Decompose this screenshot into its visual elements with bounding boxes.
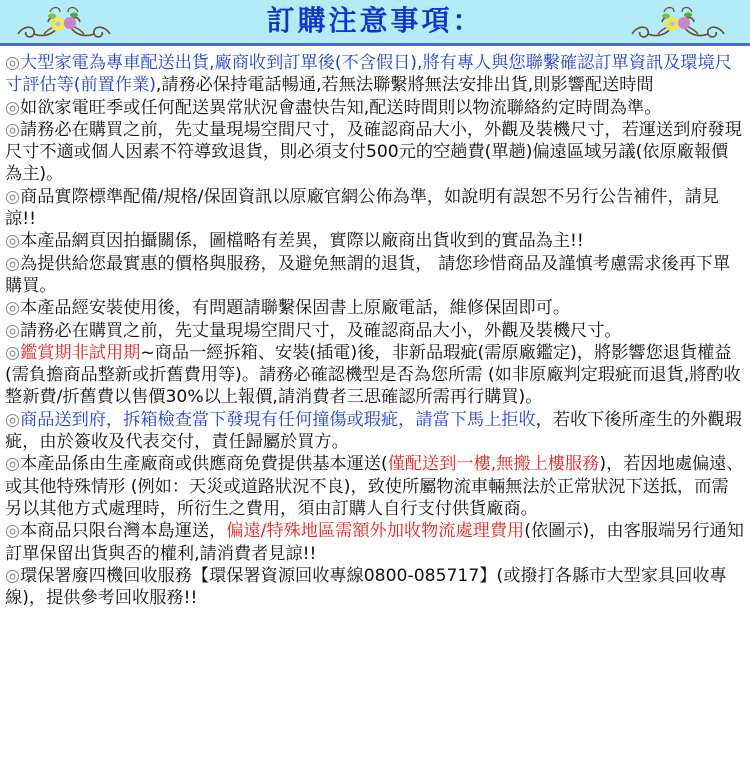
notice-text: 環保署廢四機回收服務【環保署資源回收專線0800-085717】(或撥打各縣市大… <box>5 566 727 608</box>
notice-text: 為提供給您最實惠的價格與服務，及避免無謂的退貨， 請您珍惜商品及謹慎考慮需求後再… <box>5 254 730 296</box>
bullet-icon: ◎ <box>5 298 20 318</box>
notice-text: 請務必在購買之前，先丈量現場空間尺寸，及確認商品大小，外觀及裝機尺寸，若運送到府… <box>5 120 742 185</box>
bullet-icon: ◎ <box>5 566 20 586</box>
notice-item: ◎商品送到府，拆箱檢查當下發現有任何撞傷或瑕疵，請當下馬上拒收，若收下後所產生的… <box>5 409 745 454</box>
bullet-icon: ◎ <box>5 454 20 474</box>
notice-text: 本產品經安裝使用後，有問題請聯繫保固書上原廠電話，維修保固即可。 <box>20 298 570 318</box>
notice-text: 如欲家電旺季或任何配送異常狀況會盡快告知,配送時間則以物流聯絡約定時間為準。 <box>20 98 661 118</box>
notice-highlight: 僅配送到一樓,無搬上樓服務 <box>388 454 600 474</box>
notice-item: ◎如欲家電旺季或任何配送異常狀況會盡快告知,配送時間則以物流聯絡約定時間為準。 <box>5 97 745 119</box>
bullet-icon: ◎ <box>5 343 20 363</box>
bullet-icon: ◎ <box>5 321 20 341</box>
notice-highlight: 偏遠/特殊地區需額外加收物流處理費用 <box>226 521 524 541</box>
bullet-icon: ◎ <box>5 53 20 73</box>
notice-item: ◎環保署廢四機回收服務【環保署資源回收專線0800-085717】(或撥打各縣市… <box>5 565 745 610</box>
notice-text: 本產品網頁因拍攝關係，圖檔略有差異，實際以廠商出貨收到的實品為主!! <box>20 231 584 251</box>
notice-text: 商品實際標準配備/規格/保固資訊以原廠官網公佈為準，如說明有誤恕不另行公告補件，… <box>5 187 719 229</box>
notice-item: ◎大型家電為專車配送出貨,廠商收到訂單後(不含假日),將有專人與您聯繫確認訂單資… <box>5 52 745 97</box>
notice-item: ◎商品實際標準配備/規格/保固資訊以原廠官網公佈為準，如說明有誤恕不另行公告補件… <box>5 186 745 231</box>
notice-text: 本產品係由生產廠商或供應商免費提供基本運送( <box>20 454 388 474</box>
notice-list: ◎大型家電為專車配送出貨,廠商收到訂單後(不含假日),將有專人與您聯繫確認訂單資… <box>5 52 745 609</box>
bullet-icon: ◎ <box>5 254 20 274</box>
notice-text: 請務必在購買之前，先丈量現場空間尺寸，及確認商品大小，外觀及裝機尺寸。 <box>20 321 622 341</box>
notice-text: 本商品只限台灣本島運送， <box>20 521 226 541</box>
notice-highlight: 商品送到府，拆箱檢查當下發現有任何撞傷或瑕疵，請當下馬上拒收 <box>20 410 536 430</box>
notice-item: ◎本產品係由生產廠商或供應商免費提供基本運送(僅配送到一樓,無搬上樓服務)，若因… <box>5 453 745 520</box>
notice-item: ◎請務必在購買之前，先丈量現場空間尺寸，及確認商品大小，外觀及裝機尺寸。 <box>5 320 745 342</box>
notice-item: ◎請務必在購買之前，先丈量現場空間尺寸，及確認商品大小，外觀及裝機尺寸，若運送到… <box>5 119 745 186</box>
notice-item: ◎鑑賞期非試用期~商品一經拆箱、安裝(插電)後，非新品瑕疵(需原廠鑑定)，將影響… <box>5 342 745 409</box>
notice-item: ◎為提供給您最實惠的價格與服務，及避免無謂的退貨， 請您珍惜商品及謹慎考慮需求後… <box>5 253 745 298</box>
notice-item: ◎本商品只限台灣本島運送，偏遠/特殊地區需額外加收物流處理費用(依圖示)，由客服… <box>5 520 745 565</box>
notice-header: 訂購注意事項： <box>0 0 750 46</box>
bullet-icon: ◎ <box>5 410 20 430</box>
notice-highlight: 鑑賞期非試用期 <box>20 343 140 363</box>
notice-item: ◎本產品經安裝使用後，有問題請聯繫保固書上原廠電話，維修保固即可。 <box>5 297 745 319</box>
notice-text: ,請務必保持電話暢通,若無法聯繫將無法安排出貨,則影響配送時間 <box>156 75 654 95</box>
bullet-icon: ◎ <box>5 120 20 140</box>
bullet-icon: ◎ <box>5 187 20 207</box>
bullet-icon: ◎ <box>5 231 20 251</box>
notice-item: ◎本產品網頁因拍攝關係，圖檔略有差異，實際以廠商出貨收到的實品為主!! <box>5 230 745 252</box>
bullet-icon: ◎ <box>5 521 20 541</box>
floral-ornament-icon <box>628 4 728 40</box>
bullet-icon: ◎ <box>5 98 20 118</box>
